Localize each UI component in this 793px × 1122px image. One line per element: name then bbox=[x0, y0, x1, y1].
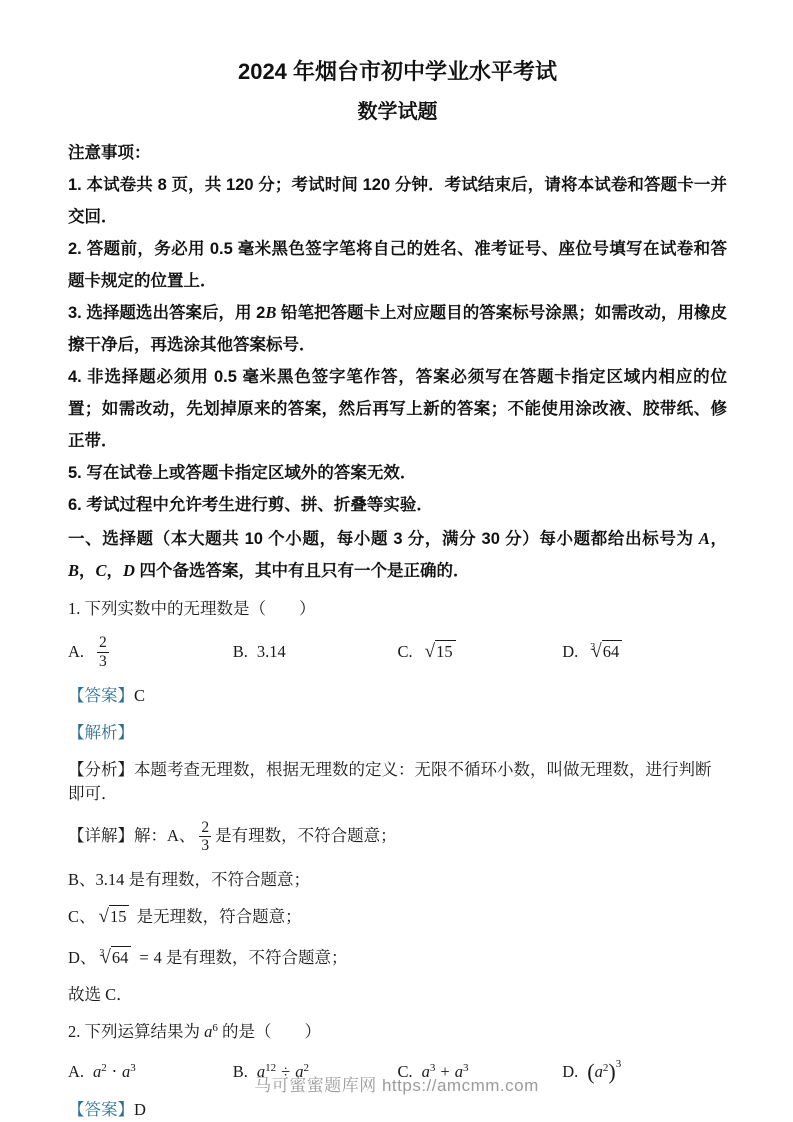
option-value: √15 bbox=[422, 641, 459, 663]
answer-value: D bbox=[134, 1100, 146, 1119]
answer-label: 【答案】 bbox=[68, 686, 134, 705]
section-header-choice-questions: 一、选择题（本大题共 10 个小题，每小题 3 分，满分 30 分）每小题都给出… bbox=[68, 523, 727, 587]
page-subtitle: 数学试题 bbox=[68, 99, 727, 125]
footer-watermark: 马可蜜蜜题库网 https://amcmm.com bbox=[0, 1071, 793, 1096]
question-1-eval-d: D、3√64=4 是有理数，不符合题意； bbox=[68, 942, 727, 970]
analysis-label: 【解析】 bbox=[68, 723, 134, 742]
option-label: D. bbox=[562, 642, 578, 662]
question-1-conclusion: 故选 C． bbox=[68, 983, 727, 1007]
notice-item-2: 2. 答题前，务必用 0.5 毫米黑色签字笔将自己的姓名、准考证号、座位号填写在… bbox=[68, 233, 727, 297]
question-1-option-d: D. 3√64 bbox=[562, 641, 727, 663]
question-1-detail: 【详解】解：A、23是有理数，不符合题意； bbox=[68, 819, 727, 856]
option-value: 3√64 bbox=[587, 641, 625, 663]
question-1-eval-c: C、√15 是无理数，符合题意； bbox=[68, 905, 727, 929]
question-1-option-b: B. 3.14 bbox=[233, 642, 398, 662]
option-label: A. bbox=[68, 642, 84, 662]
exam-page: 2024 年烟台市初中学业水平考试 数学试题 注意事项： 1. 本试卷共 8 页… bbox=[0, 0, 793, 1122]
notice-item-1: 1. 本试卷共 8 页，共 120 分；考试时间 120 分钟．考试结束后，请将… bbox=[68, 169, 727, 233]
question-1-answer-line: 【答案】C bbox=[68, 684, 727, 708]
question-1-stem: 1. 下列实数中的无理数是（ ） bbox=[68, 597, 727, 621]
option-value: 3.14 bbox=[257, 642, 286, 662]
question-1-analysis-heading: 【解析】 bbox=[68, 721, 727, 745]
question-1-option-a: A. 23 bbox=[68, 634, 233, 671]
question-1-analysis: 【分析】本题考查无理数，根据无理数的定义：无限不循环小数，叫做无理数，进行判断即… bbox=[68, 758, 727, 806]
notice-item-5: 5. 写在试卷上或答题卡指定区域外的答案无效． bbox=[68, 457, 727, 489]
question-1: 1. 下列实数中的无理数是（ ） A. 23 B. 3.14 C. √15 D.… bbox=[68, 597, 727, 1007]
page-title: 2024 年烟台市初中学业水平考试 bbox=[68, 58, 727, 86]
notice-heading: 注意事项： bbox=[68, 137, 727, 169]
question-1-options: A. 23 B. 3.14 C. √15 D. 3√64 bbox=[68, 634, 727, 671]
answer-value: C bbox=[134, 686, 145, 705]
notice-item-6: 6. 考试过程中允许考生进行剪、拼、折叠等实验． bbox=[68, 489, 727, 521]
option-label: C. bbox=[398, 642, 413, 662]
option-value: 23 bbox=[93, 634, 113, 671]
option-label: B. bbox=[233, 642, 248, 662]
notice-item-3: 3. 选择题选出答案后，用 2B 铅笔把答题卡上对应题目的答案标号涂黑；如需改动… bbox=[68, 297, 727, 361]
question-2-answer-line: 【答案】D bbox=[68, 1098, 727, 1122]
question-1-eval-b: B、3.14 是有理数，不符合题意； bbox=[68, 868, 727, 892]
answer-label: 【答案】 bbox=[68, 1100, 134, 1119]
question-2-stem: 2. 下列运算结果为 a6 的是（ ） bbox=[68, 1020, 727, 1046]
notice-item-4: 4. 非选择题必须用 0.5 毫米黑色签字笔作答，答案必须写在答题卡指定区域内相… bbox=[68, 361, 727, 457]
question-1-option-c: C. √15 bbox=[398, 641, 563, 663]
